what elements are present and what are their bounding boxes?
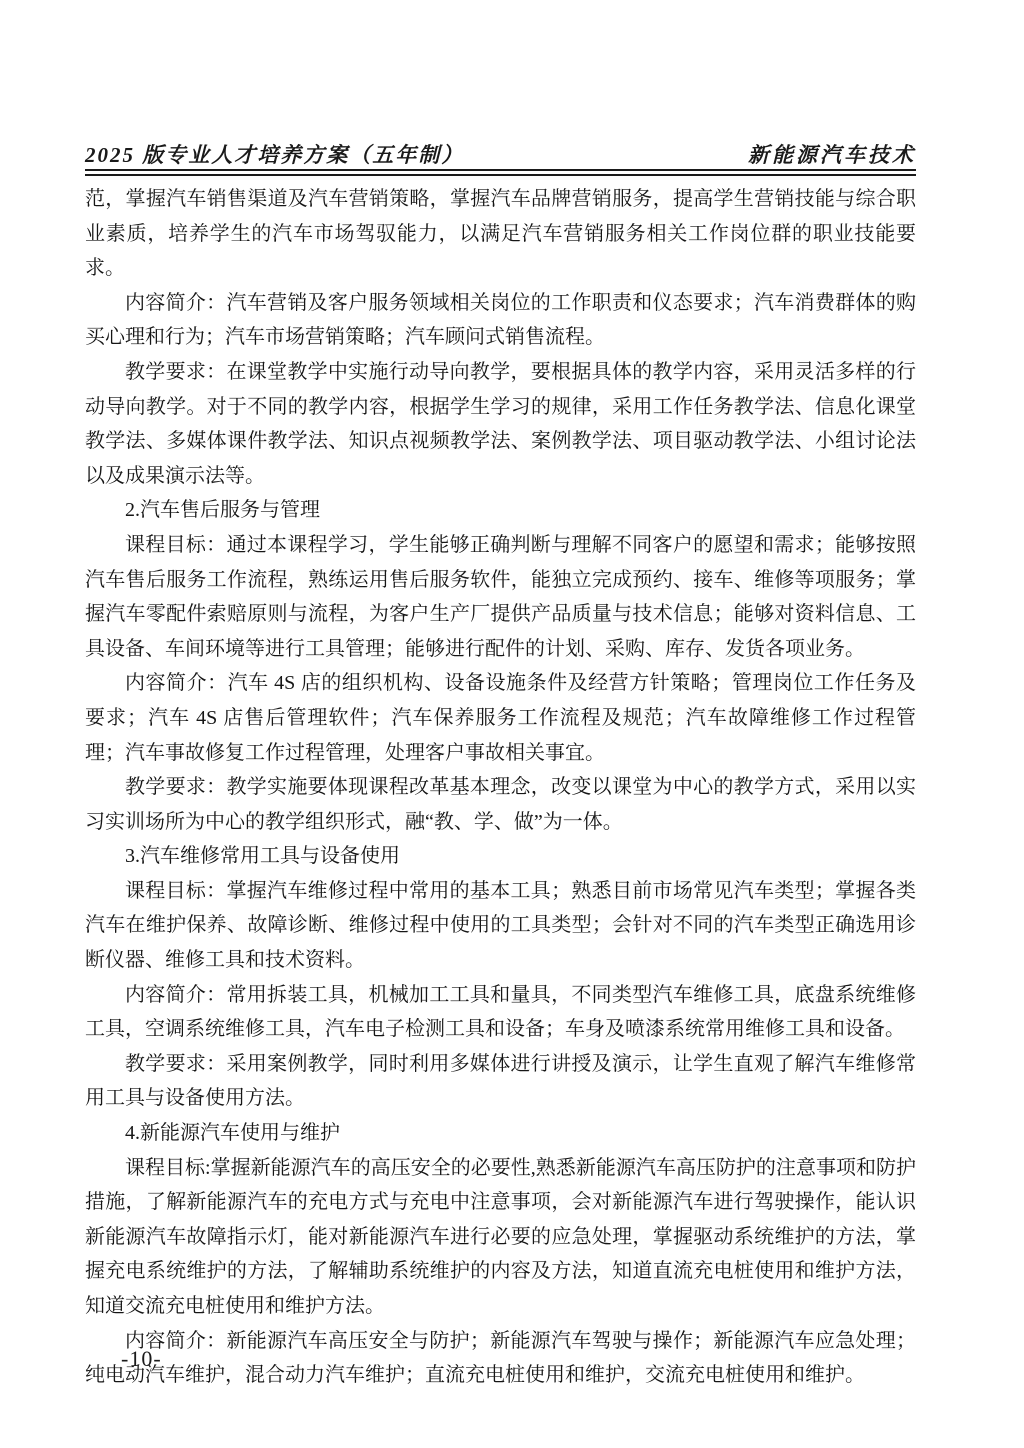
paragraph: 教学要求：教学实施要体现课程改革基本理念，改变以课堂为中心的教学方式，采用以实习… bbox=[85, 770, 916, 839]
paragraph: 教学要求：在课堂教学中实施行动导向教学，要根据具体的教学内容，采用灵活多样的行动… bbox=[85, 355, 916, 493]
section-heading: 3.汽车维修常用工具与设备使用 bbox=[85, 839, 916, 874]
paragraph: 课程目标：掌握汽车维修过程中常用的基本工具；熟悉目前市场常见汽车类型；掌握各类汽… bbox=[85, 874, 916, 978]
paragraph: 教学要求：采用案例教学，同时利用多媒体进行讲授及演示，让学生直观了解汽车维修常用… bbox=[85, 1047, 916, 1116]
paragraph: 课程目标：通过本课程学习，学生能够正确判断与理解不同客户的愿望和需求；能够按照汽… bbox=[85, 528, 916, 666]
paragraph-continuation: 范，掌握汽车销售渠道及汽车营销策略，掌握汽车品牌营销服务，提高学生营销技能与综合… bbox=[85, 182, 916, 286]
paragraph: 内容简介：常用拆装工具，机械加工工具和量具，不同类型汽车维修工具，底盘系统维修工… bbox=[85, 978, 916, 1047]
section-heading: 2.汽车售后服务与管理 bbox=[85, 493, 916, 528]
header-divider-rule bbox=[85, 169, 916, 176]
section-heading: 4.新能源汽车使用与维护 bbox=[85, 1116, 916, 1151]
page-number: -10- bbox=[121, 1346, 162, 1371]
paragraph: 内容简介：汽车营销及客户服务领域相关岗位的工作职责和仪态要求；汽车消费群体的购买… bbox=[85, 286, 916, 355]
header-right-title: 新能源汽车技术 bbox=[748, 139, 916, 169]
document-body: 范，掌握汽车销售渠道及汽车营销策略，掌握汽车品牌营销服务，提高学生营销技能与综合… bbox=[85, 182, 916, 1393]
page-footer: -10- bbox=[121, 1346, 162, 1372]
paragraph: 内容简介：汽车 4S 店的组织机构、设备设施条件及经营方针策略；管理岗位工作任务… bbox=[85, 666, 916, 770]
paragraph: 课程目标:掌握新能源汽车的高压安全的必要性,熟悉新能源汽车高压防护的注意事项和防… bbox=[85, 1151, 916, 1324]
document-page: 2025 版专业人才培养方案（五年制） 新能源汽车技术 范，掌握汽车销售渠道及汽… bbox=[0, 0, 1024, 1448]
paragraph: 内容简介：新能源汽车高压安全与防护；新能源汽车驾驶与操作；新能源汽车应急处理；纯… bbox=[85, 1324, 916, 1393]
header-left-title: 2025 版专业人才培养方案（五年制） bbox=[85, 139, 464, 169]
page-header: 2025 版专业人才培养方案（五年制） 新能源汽车技术 bbox=[85, 139, 916, 169]
